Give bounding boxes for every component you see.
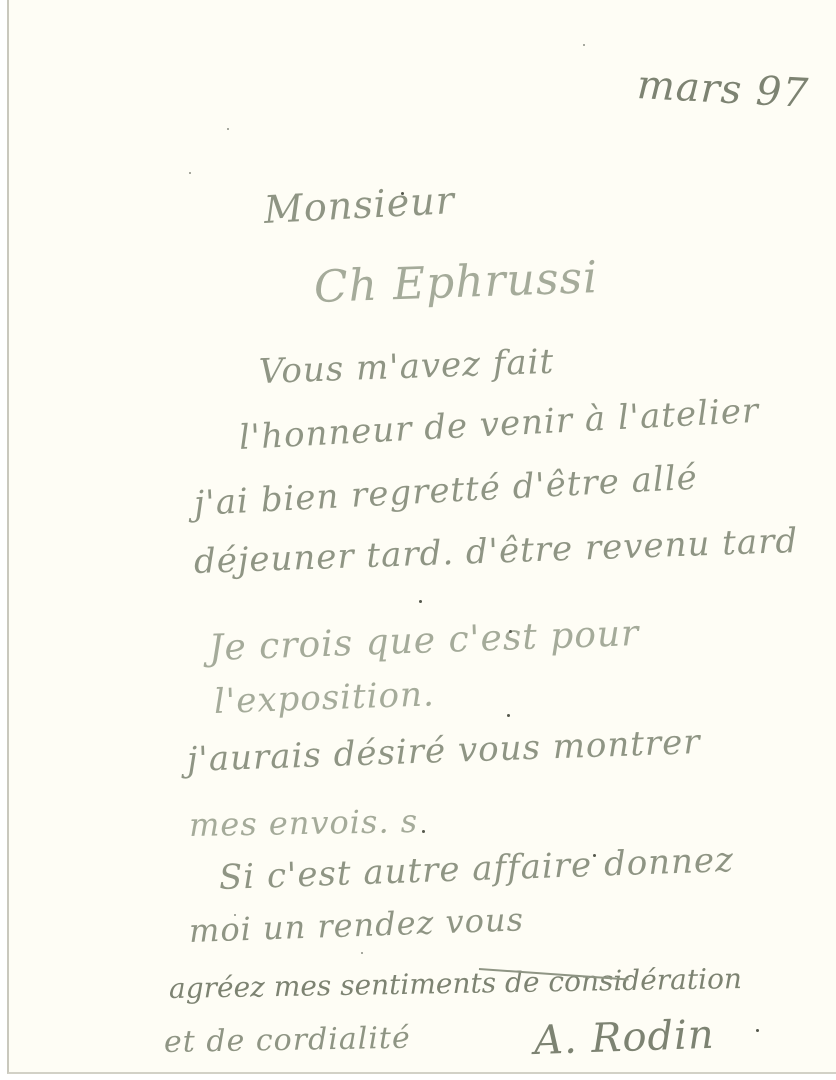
ink-speck [361, 952, 363, 954]
letter-line-2: l'honneur de venir à l'atelier [238, 391, 760, 458]
ink-speck [419, 600, 422, 603]
ink-speck [227, 128, 229, 130]
letter-line-3: j'ai bien regretté d'être allé [193, 458, 699, 524]
letter-salutation: Monsieur [263, 178, 456, 232]
letter-paper: mars 97 Monsieur Ch Ephrussi Vous m'avez… [7, 0, 836, 1074]
ink-speck [234, 914, 236, 916]
ink-speck [756, 1029, 759, 1032]
ink-speck [401, 192, 404, 195]
letter-line-5: Je crois que c'est pour [208, 613, 640, 669]
letter-signature: A. Rodin [533, 1012, 715, 1064]
ink-speck [422, 830, 425, 833]
letter-line-10: moi un rendez vous [188, 900, 524, 950]
letter-line-8: mes envois. s [189, 802, 419, 844]
letter-date: mars 97 [636, 62, 810, 117]
letter-line-12: et de cordialité [164, 1021, 411, 1060]
ink-speck [583, 44, 585, 46]
letter-line-11: agréez mes sentiments de considération [169, 962, 743, 1005]
letter-line-4: déjeuner tard. d'être revenu tard [193, 521, 798, 582]
ink-speck [593, 854, 596, 857]
letter-line-1: Vous m'avez fait [258, 342, 555, 392]
ink-speck [507, 714, 510, 717]
letter-line-6: l'exposition. [213, 674, 435, 722]
ink-speck [189, 172, 191, 174]
letter-recipient: Ch Ephrussi [313, 252, 599, 313]
letter-line-9: Si c'est autre affaire donnez [218, 840, 734, 898]
ink-speck [509, 630, 512, 633]
letter-line-7: j'aurais désiré vous montrer [186, 722, 701, 780]
